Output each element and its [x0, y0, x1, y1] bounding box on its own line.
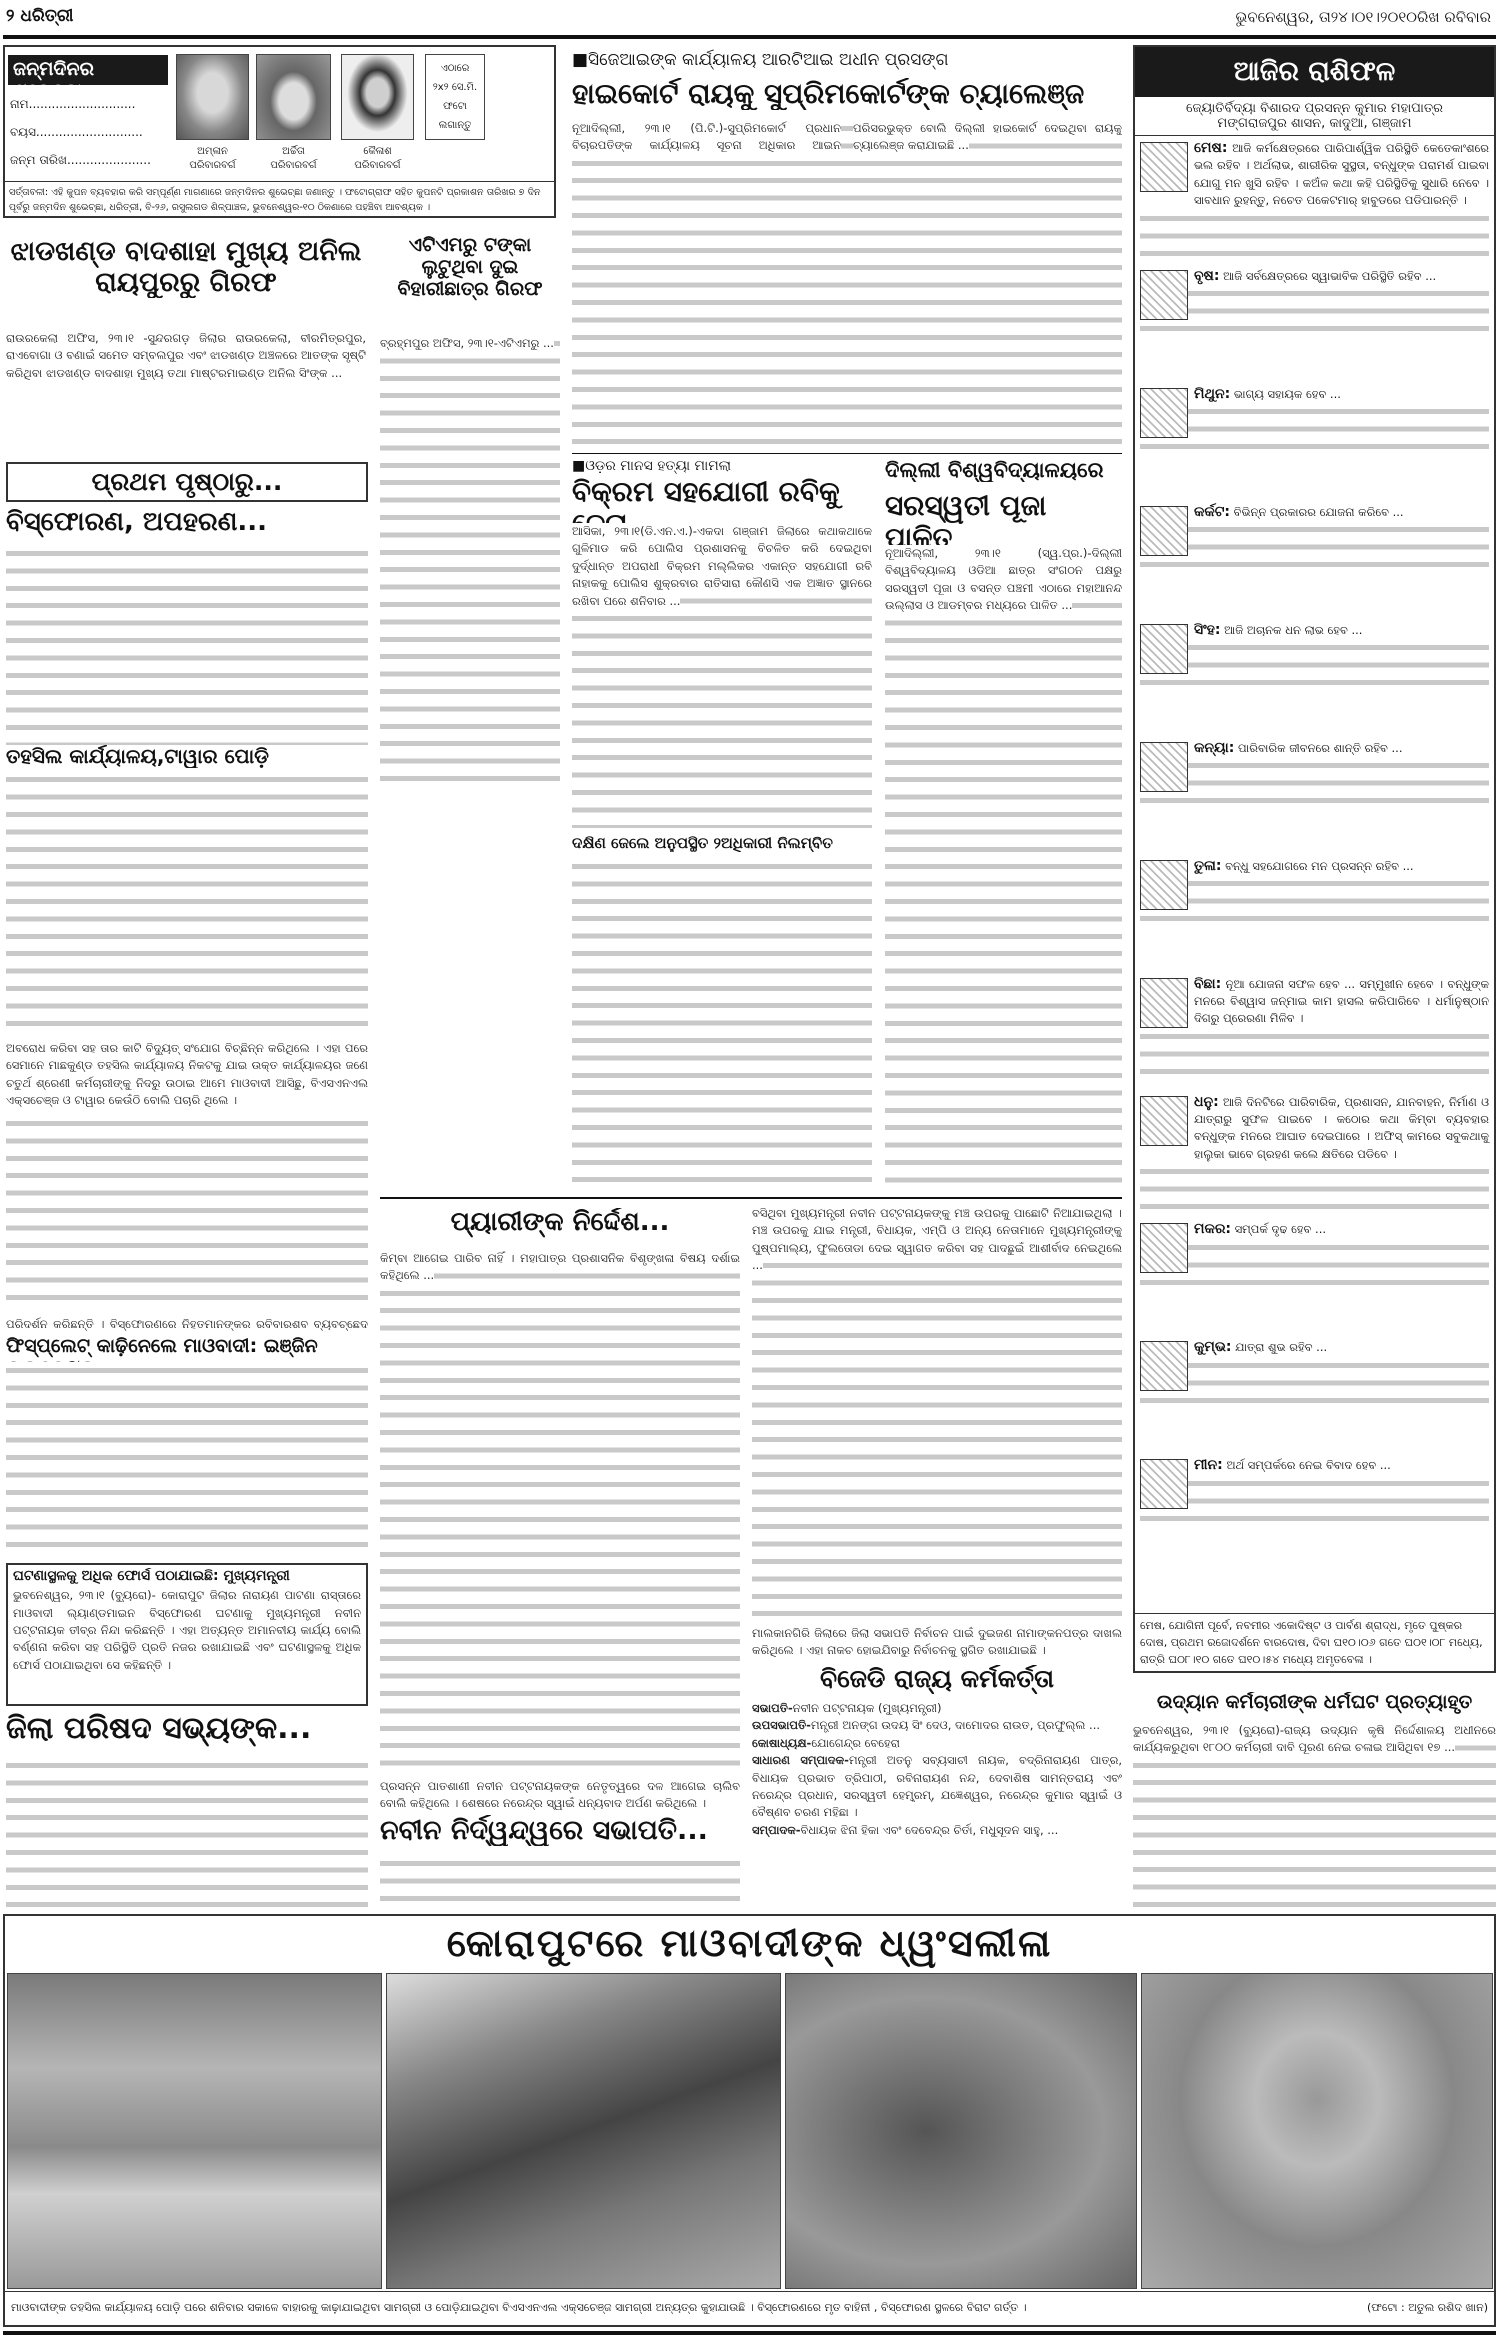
- caption-family: ପରିବାରବର୍ଗ: [341, 159, 414, 173]
- zodiac-icon: [1140, 1223, 1188, 1273]
- udyan-text: ଭୁବନେଶ୍ୱର, ୨୩।୧ (ବ୍ୟୁରୋ)-ରାଜ୍ୟ ଉଦ୍ୟାନ କୃ…: [1133, 1723, 1496, 1754]
- role-names: ବିଧାୟକ ଝିନା ହିକା ଏବଂ ଦେବେନ୍ଦ୍ର ଚିର୍ତା, ମ…: [801, 1823, 1059, 1837]
- pyari-right-body: ବସିଥିବା ମୁଖ୍ୟମନ୍ତ୍ରୀ ନବୀନ ପଟ୍ଟନାୟକଙ୍କୁ ମ…: [752, 1205, 1122, 1625]
- horoscope-title: ଆଜିର ରାଶିଫଳ: [1135, 47, 1494, 97]
- sign-text: ପାରିବାରିକ ଜୀବନରେ ଶାନ୍ତି ରହିବ ...: [1238, 741, 1402, 755]
- horoscope-sign: ମିଥୁନ: ଭାଗ୍ୟ ସହାୟକ ହେବ ...: [1140, 386, 1489, 498]
- atm-body: ବ୍ରହ୍ମପୁର ଅଫିସ, ୨୩।୧-ଏଟିଏମରୁ ...: [380, 335, 560, 790]
- horoscope-author: ଜ୍ୟୋତିର୍ବିଦ୍ୟା ବିଶାରଦ ପ୍ରସନ୍ନ କୁମାର ମହାପ…: [1135, 97, 1494, 116]
- officials-headline: ଦକ୍ଷିଣ ଜେଲେ ଅନୁପସ୍ଥିତ ୨ଅଧିକାରୀ ନିଲମ୍ବିତ: [572, 835, 872, 852]
- sign-filler-lines: [1140, 639, 1489, 691]
- sign-filler-lines: [1140, 757, 1489, 809]
- sign-filler-lines: [1140, 1028, 1489, 1080]
- horoscope-sign: ବିଛା: ନୂଆ ଯୋଜନା ସଫଳ ହେବ ... ସମ୍ମୁଖୀନ ହେବ…: [1140, 976, 1489, 1088]
- explosion-text: ଅବରୋଧ କରିବା ସହ ତାର କାଟି ବିଦ୍ୟୁତ୍ ସଂଯୋଗ ବ…: [6, 1041, 368, 1107]
- bjd-headline: ବିଜେଡି ରାଜ୍ୟ କର୍ମକର୍ତ୍ତା: [752, 1665, 1122, 1694]
- sign-text: ଆଜି ଅଚାନକ ଧନ ଲାଭ ହେବ ...: [1224, 623, 1362, 637]
- bjd-roles: ସଭାପତି-ନବୀନ ପଟ୍ଟନାୟକ (ମୁଖ୍ୟମନ୍ତ୍ରୀ) ଉପସଭ…: [752, 1700, 1122, 1908]
- birthday-coupon: ଜନ୍ମଦିନର ଶୁଭେଚ୍ଛା ନାମ...................…: [3, 45, 556, 218]
- photo-feature: କୋରାପୁଟରେ ମାଓବାଦୀଙ୍କ ଧ୍ୱଂସଲୀଳା ମାଓବାଦୀଙ୍…: [3, 1914, 1496, 2327]
- sign-filler-lines: [1140, 1239, 1489, 1291]
- explosion-headline: ବିସ୍ଫୋରଣ, ଅପହରଣ...: [6, 508, 368, 538]
- zodiac-icon: [1140, 270, 1188, 320]
- zodiac-icon: [1140, 506, 1188, 556]
- horoscope-box: ଆଜିର ରାଶିଫଳ ଜ୍ୟୋତିର୍ବିଦ୍ୟା ବିଶାରଦ ପ୍ରସନ୍…: [1133, 45, 1496, 1673]
- sign-name: କର୍କଟ:: [1194, 504, 1230, 520]
- pyari-headline: ପ୍ୟାରୀଙ୍କ ନିର୍ଦ୍ଦେଶ...: [380, 1208, 740, 1238]
- fishplate-body-lines: [6, 1362, 368, 1557]
- caption-text: ମାଓବାଦୀଙ୍କ ତହସିଲ କାର୍ଯ୍ୟାଳୟ ପୋଡ଼ି ପରେ ଶନ…: [11, 2292, 1027, 2325]
- coupon-terms: ସର୍ତ୍ତାବଳୀ: ଏହି କୁପନ ବ୍ୟବହାର କରି ସମ୍ପୂର୍…: [5, 181, 554, 218]
- caption-name: ଅମ୍ଳାନ: [176, 145, 249, 159]
- panjika: ମେଷ, ଯୋଗିନୀ ପୂର୍ବେ, ନବମୀର ଏକୋଦିଷ୍ଟ ଓ ପାର…: [1135, 1613, 1494, 1671]
- sign-filler-lines: [1140, 403, 1489, 455]
- banner-text: ପ୍ରଥମ ପୃଷ୍ଠାରୁ...: [92, 467, 283, 496]
- photo-caption-2: ଅର୍ଚ୍ଚିତାପରିବାରବର୍ଗ: [256, 145, 331, 173]
- page-label: ୨ ଧରିତ୍ରୀ: [6, 6, 74, 26]
- sign-name: ମିଥୁନ:: [1194, 386, 1230, 402]
- sign-text: ଯାତ୍ରା ଶୁଭ ରହିବ ...: [1235, 1340, 1327, 1354]
- sign-name: ମେଷ:: [1194, 140, 1227, 156]
- zodiac-icon: [1140, 388, 1188, 438]
- zodiac-icon: [1140, 1096, 1188, 1146]
- officials-body: [572, 858, 872, 1188]
- horoscope-address: ମଙ୍ଗରାଜପୁର ଶାସନ, କାଦୁଆ, ଗଞ୍ଜାମ: [1135, 116, 1494, 136]
- sign-name: ତୁଳା:: [1194, 858, 1221, 874]
- cji-rule: [572, 453, 1122, 454]
- jharkhand-body: ରାଉରକେଲା ଅଫିସ, ୨୩।୧ -ସୁନ୍ଦରଗଡ଼ ଜିଲାର ରାଉ…: [6, 330, 366, 448]
- sign-text: ବିଭିନ୍ନ ପ୍ରକାରର ଯୋଜନା କରିବେ ...: [1234, 505, 1404, 519]
- atm-text: ବ୍ରହ୍ମପୁର ଅଫିସ, ୨୩।୧-ଏଟିଏମରୁ ...: [380, 336, 554, 350]
- sign-filler-lines: [1140, 1475, 1489, 1527]
- horoscope-sign: ତୁଳା: ବନ୍ଧୁ ସହଯୋଗରେ ମନ ପ୍ରସନ୍ନ ରହିବ ...: [1140, 858, 1489, 970]
- cji-headline: ହାଇକୋର୍ଟ ରାୟକୁ ସୁପ୍ରିମକୋର୍ଟଙ୍କ ଚ୍ୟାଲେଞ୍ଜ: [572, 78, 1122, 110]
- name-field[interactable]: ନାମ............................: [10, 97, 135, 112]
- vikram-text: ଆସିକା, ୨୩।୧(ଡି.ଏନ.ଏ.)-ଏକଦା ଗଞ୍ଜାମ ଜିଲାରେ…: [572, 524, 872, 608]
- placeholder-line: ୨x୨ ସେ.ମି.: [426, 78, 484, 97]
- zodiac-icon: [1140, 860, 1188, 910]
- role-names: ଯୋଗେନ୍ଦ୍ର ବେହେରା: [811, 1736, 900, 1750]
- sign-text: ସମ୍ପର୍କ ଦୃଢ ହେବ ...: [1235, 1222, 1326, 1236]
- horoscope-sign: ମୀନ: ଅର୍ଥ ସମ୍ପର୍କରେ ନେଇ ବିବାଦ ହେବ ...: [1140, 1457, 1489, 1569]
- horoscope-sign: ମକର: ସମ୍ପର୍କ ଦୃଢ ହେବ ...: [1140, 1221, 1489, 1333]
- naveen-body: [380, 1855, 740, 1907]
- horoscope-signs: ମେଷ: ଆଜି କର୍ମକ୍ଷେତ୍ରରେ ପାରିପାର୍ଶ୍ୱିକ ପରି…: [1135, 136, 1494, 1586]
- caption-family: ପରିବାରବର୍ଗ: [176, 159, 249, 173]
- zodiac-icon: [1140, 1459, 1188, 1509]
- role-names: ମନ୍ତ୍ରୀ ଅନଙ୍ଗ ଉଦୟ ସିଂ ଦେଓ, ଦାମୋଦର ରାଉତ, …: [811, 1718, 1100, 1732]
- zilla-body-lines: [6, 1757, 368, 1907]
- cji-kicker: ■ସିଜେଆଇଙ୍କ କାର୍ଯ୍ୟାଳୟ ଆରଟିଆଇ ଅଧୀନ ପ୍ରସଙ୍…: [572, 50, 1122, 70]
- pyari-rule: [380, 1197, 1122, 1199]
- horoscope-sign: ମେଷ: ଆଜି କର୍ମକ୍ଷେତ୍ରରେ ପାରିପାର୍ଶ୍ୱିକ ପରି…: [1140, 140, 1489, 262]
- placeholder-line: ଲଗାନ୍ତୁ: [426, 116, 484, 135]
- debris-victim-photo: [785, 1973, 1137, 2289]
- force-headline: ଘଟଣାସ୍ଥଳକୁ ଅଧିକ ଫୋର୍ସ ପଠାଯାଇଛି: ମୁଖ୍ୟମନ୍…: [13, 1568, 361, 1584]
- zodiac-icon: [1140, 142, 1188, 192]
- zodiac-icon: [1140, 1341, 1188, 1391]
- role-title: ସଭାପତି-: [752, 1701, 793, 1715]
- sign-text: ବନ୍ଧୁ ସହଯୋଗରେ ମନ ପ୍ରସନ୍ନ ରହିବ ...: [1225, 859, 1413, 873]
- horoscope-sign: କର୍କଟ: ବିଭିନ୍ନ ପ୍ରକାରର ଯୋଜନା କରିବେ ...: [1140, 504, 1489, 616]
- footer-rule: [3, 2331, 1496, 2335]
- sign-filler-lines: [1140, 521, 1489, 573]
- delhi-kicker: ଦିଲ୍ଲୀ ବିଶ୍ୱବିଦ୍ୟାଳୟରେ: [885, 458, 1122, 482]
- sign-name: ବୃଷ:: [1194, 268, 1219, 284]
- naveen-lead: ପ୍ରସନ୍ନ ପାତଶାଣୀ ନବୀନ ପଟ୍ଟନାୟକଙ୍କ ନେତୃତ୍ୱ…: [380, 1778, 740, 1813]
- naveen-headline: ନବୀନ ନିର୍ଦ୍ୱନ୍ଦ୍ୱରେ ସଭାପତି...: [380, 1815, 740, 1846]
- sign-text: ନୂଆ ଯୋଜନା ସଫଳ ହେବ ... ସମ୍ମୁଖୀନ ହେବେ । ବନ…: [1194, 977, 1489, 1026]
- sign-text: ଆଜି ସର୍ବକ୍ଷେତ୍ରରେ ସ୍ୱାଭାବିକ ପରିସ୍ଥିତି ରହ…: [1223, 269, 1436, 283]
- placeholder-line: ଏଠାରେ: [426, 59, 484, 78]
- role-names: ନବୀନ ପଟ୍ଟନାୟକ (ମୁଖ୍ୟମନ୍ତ୍ରୀ): [793, 1701, 942, 1715]
- crater-photo: [1141, 1973, 1493, 2289]
- sign-filler-lines: [1140, 210, 1489, 262]
- cji-body: ନୂଆଦିଲ୍ଲୀ, ୨୩।୧ (ପି.ଟି.)-ସୁପ୍ରିମକୋର୍ଟ ପ୍…: [572, 120, 1122, 450]
- bjd-role-row: କୋଷାଧ୍ୟକ୍ଷ-ଯୋଗେନ୍ଦ୍ର ବେହେରା: [752, 1735, 1122, 1752]
- explosion-body-lines: [6, 545, 368, 1035]
- age-field[interactable]: ବୟସ............................: [10, 125, 143, 140]
- horoscope-sign: ବୃଷ: ଆଜି ସର୍ବକ୍ଷେତ୍ରରେ ସ୍ୱାଭାବିକ ପରିସ୍ଥି…: [1140, 268, 1489, 380]
- sign-filler-lines: [1140, 875, 1489, 927]
- office-furniture-photo: [7, 1973, 382, 2289]
- horoscope-sign: କନ୍ୟା: ପାରିବାରିକ ଜୀବନରେ ଶାନ୍ତି ରହିବ ...: [1140, 740, 1489, 852]
- sign-name: ସିଂହ:: [1194, 622, 1221, 638]
- photo-caption-3: କୈଳାଶପରିବାରବର୍ଗ: [341, 145, 414, 173]
- vikram-kicker: ■ଓଡ଼ର ମାନସ ହତ୍ୟା ମାମଲା: [572, 458, 872, 474]
- sign-text: ଆଜି ଦିନଟିରେ ପାରିବାରିକ, ପ୍ରଶାସନ, ଯାନବାହନ,…: [1194, 1095, 1489, 1161]
- atm-headline: ଏଟିଏମରୁ ଟଙ୍କା ଲୁଟୁଥିବା ଦୁଇ ବିହାରୀଛାତ୍ର ଗ…: [380, 235, 560, 301]
- udyan-headline: ଉଦ୍ୟାନ କର୍ମଚାରୀଙ୍କ ଧର୍ମଘଟ ପ୍ରତ୍ୟାହୃତ: [1133, 1692, 1496, 1714]
- dateline: ଭୁବନେଶ୍ୱର, ତା୨୪।୦୧।୨୦୧୦ରିଖ ରବିବାର: [1236, 8, 1491, 26]
- photo-credit: (ଫଟୋ : ଅତୁଲ ରଶିଦ ଖାନ): [1367, 2292, 1488, 2325]
- photo-placeholder: ଏଠାରେ ୨x୨ ସେ.ମି. ଫଟୋ ଲଗାନ୍ତୁ: [425, 54, 485, 140]
- role-title: ସମ୍ପାଦକ-: [752, 1823, 801, 1837]
- explosion-continued-lines: [6, 1115, 368, 1310]
- jharkhand-headline: ଝାଡଖଣ୍ଡ ବାଦଶାହା ମୁଖ୍ୟ ଅନିଲ ରାୟପୁରରୁ ଗିରଫ: [6, 236, 366, 298]
- dob-field[interactable]: ଜନ୍ମ ତାରିଖ......................: [10, 153, 151, 168]
- zodiac-icon: [1140, 624, 1188, 674]
- sign-name: କୁମ୍ଭ:: [1194, 1339, 1231, 1355]
- tahasil-headline: ତହସିଲ କାର୍ଯ୍ୟାଳୟ,ଟାୱାର ପୋଡ଼ି: [6, 745, 368, 768]
- force-box: ଘଟଣାସ୍ଥଳକୁ ଅଧିକ ଫୋର୍ସ ପଠାଯାଇଛି: ମୁଖ୍ୟମନ୍…: [6, 1563, 368, 1706]
- pyari-body: କିମ୍ବା ଆଗେଇ ପାରିବ ନାହିଁ । ମହାପାତ୍ର ପ୍ରଶା…: [380, 1250, 740, 1770]
- cji-text: ନୂଆଦିଲ୍ଲୀ, ୨୩।୧ (ପି.ଟି.)-ସୁପ୍ରିମକୋର୍ଟ ପ୍…: [572, 121, 1122, 152]
- caption-name: କୈଳାଶ: [341, 145, 414, 159]
- child-photo-2: [256, 54, 331, 140]
- horoscope-sign: କୁମ୍ଭ: ଯାତ୍ରା ଶୁଭ ରହିବ ...: [1140, 1339, 1489, 1451]
- zodiac-icon: [1140, 742, 1188, 792]
- pyari-right-text: ବସିଥିବା ମୁଖ୍ୟମନ୍ତ୍ରୀ ନବୀନ ପଟ୍ଟନାୟକଙ୍କୁ ମ…: [752, 1206, 1122, 1272]
- zilla-headline: ଜିଲା ପରିଷଦ ସଭ୍ୟଙ୍କ...: [6, 1712, 368, 1747]
- sign-name: ମକର:: [1194, 1221, 1231, 1237]
- photo-caption: ମାଓବାଦୀଙ୍କ ତହସିଲ କାର୍ଯ୍ୟାଳୟ ପୋଡ଼ି ପରେ ଶନ…: [5, 2291, 1494, 2325]
- bjd-lead: ମାଲକାନଗିରି ଜିଲାରେ ଜିଲା ସଭାପତି ନିର୍ବାଚନ ପ…: [752, 1625, 1122, 1661]
- sign-name: କନ୍ୟା:: [1194, 740, 1234, 756]
- role-title: ଉପସଭାପତି-: [752, 1718, 811, 1732]
- sign-text: ଆଜି କର୍ମକ୍ଷେତ୍ରରେ ପାରିପାର୍ଶ୍ୱିକ ପରିସ୍ଥିତ…: [1194, 141, 1489, 207]
- horoscope-sign: ସିଂହ: ଆଜି ଅଚାନକ ଧନ ଲାଭ ହେବ ...: [1140, 622, 1489, 734]
- udyan-body: ଭୁବନେଶ୍ୱର, ୨୩।୧ (ବ୍ୟୁରୋ)-ରାଜ୍ୟ ଉଦ୍ୟାନ କୃ…: [1133, 1722, 1496, 1907]
- sign-filler-lines: [1140, 1357, 1489, 1409]
- sign-text: ଭାଗ୍ୟ ସହାୟକ ହେବ ...: [1234, 387, 1341, 401]
- jharkhand-text: ରାଉରକେଲା ଅଫିସ, ୨୩।୧ -ସୁନ୍ଦରଗଡ଼ ଜିଲାର ରାଉ…: [6, 331, 366, 380]
- horoscope-sign: ଧନୁ: ଆଜି ଦିନଟିରେ ପାରିବାରିକ, ପ୍ରଶାସନ, ଯାନ…: [1140, 1094, 1489, 1216]
- birthday-title: ଜନ୍ମଦିନର ଶୁଭେଚ୍ଛା: [8, 55, 168, 85]
- force-body: ଭୁବନେଶ୍ୱର, ୨୩।୧ (ବ୍ୟୁରୋ)- କୋରାପୁଟ ଜିଲାର …: [13, 1587, 361, 1697]
- photo-caption-1: ଅମ୍ଳାନପରିବାରବର୍ଗ: [176, 145, 249, 173]
- pyari-text: କିମ୍ବା ଆଗେଇ ପାରିବ ନାହିଁ । ମହାପାତ୍ର ପ୍ରଶା…: [380, 1251, 740, 1282]
- delhi-body: ନୂଆଦିଲ୍ଲୀ, ୨୩।୧ (ସ୍ୱ.ପ୍ର.)-ଦିଲ୍ଲୀ ବିଶ୍ୱବ…: [885, 545, 1122, 1185]
- sign-filler-lines: [1140, 1163, 1489, 1215]
- masthead-rule: [3, 35, 1496, 39]
- zodiac-icon: [1140, 978, 1188, 1028]
- role-title: କୋଷାଧ୍ୟକ୍ଷ-: [752, 1736, 811, 1750]
- caption-family: ପରିବାରବର୍ଗ: [256, 159, 331, 173]
- sign-text: ଅର୍ଥ ସମ୍ପର୍କରେ ନେଇ ବିବାଦ ହେବ ...: [1226, 1458, 1390, 1472]
- role-title: ସାଧାରଣ ସମ୍ପାଦକ-: [752, 1753, 849, 1767]
- sign-filler-lines: [1140, 285, 1489, 337]
- bjd-role-row: ସମ୍ପାଦକ-ବିଧାୟକ ଝିନା ହିକା ଏବଂ ଦେବେନ୍ଦ୍ର ଚ…: [752, 1822, 1122, 1839]
- adult-photo: [341, 54, 414, 140]
- sign-name: ମୀନ:: [1194, 1457, 1223, 1473]
- sign-name: ବିଛା:: [1194, 976, 1221, 992]
- vikram-body: ଆସିକା, ୨୩।୧(ଡି.ଏନ.ଏ.)-ଏକଦା ଗଞ୍ଜାମ ଜିଲାରେ…: [572, 523, 872, 828]
- explosion-body: ଅବରୋଧ କରିବା ସହ ତାର କାଟି ବିଦ୍ୟୁତ୍ ସଂଯୋଗ ବ…: [6, 1040, 368, 1112]
- child-photo-1: [176, 54, 249, 140]
- bjd-role-row: ସାଧାରଣ ସମ୍ପାଦକ-ମନ୍ତ୍ରୀ ଅତନୁ ସବ୍ୟସାଚୀ ନାୟ…: [752, 1752, 1122, 1822]
- sign-name: ଧନୁ:: [1194, 1094, 1219, 1110]
- delhi-text: ନୂଆଦିଲ୍ଲୀ, ୨୩।୧ (ସ୍ୱ.ପ୍ର.)-ଦିଲ୍ଲୀ ବିଶ୍ୱବ…: [885, 546, 1122, 612]
- burnt-building-photo: [386, 1973, 781, 2289]
- bjd-role-row: ସଭାପତି-ନବୀନ ପଟ୍ଟନାୟକ (ମୁଖ୍ୟମନ୍ତ୍ରୀ): [752, 1700, 1122, 1717]
- caption-name: ଅର୍ଚ୍ଚିତା: [256, 145, 331, 159]
- bjd-role-row: ଉପସଭାପତି-ମନ୍ତ୍ରୀ ଅନଙ୍ଗ ଉଦୟ ସିଂ ଦେଓ, ଦାମୋ…: [752, 1717, 1122, 1734]
- placeholder-line: ଫଟୋ: [426, 97, 484, 116]
- fishplate-lead: ପରିଦର୍ଶନ କରିଛନ୍ତି । ବିସ୍ଫୋରଣରେ ନିହତମାନଙ୍…: [6, 1316, 368, 1334]
- front-page-banner: ପ୍ରଥମ ପୃଷ୍ଠାରୁ...: [6, 462, 368, 502]
- photo-feature-headline: କୋରାପୁଟରେ ମାଓବାଦୀଙ୍କ ଧ୍ୱଂସଲୀଳା: [5, 1916, 1494, 1971]
